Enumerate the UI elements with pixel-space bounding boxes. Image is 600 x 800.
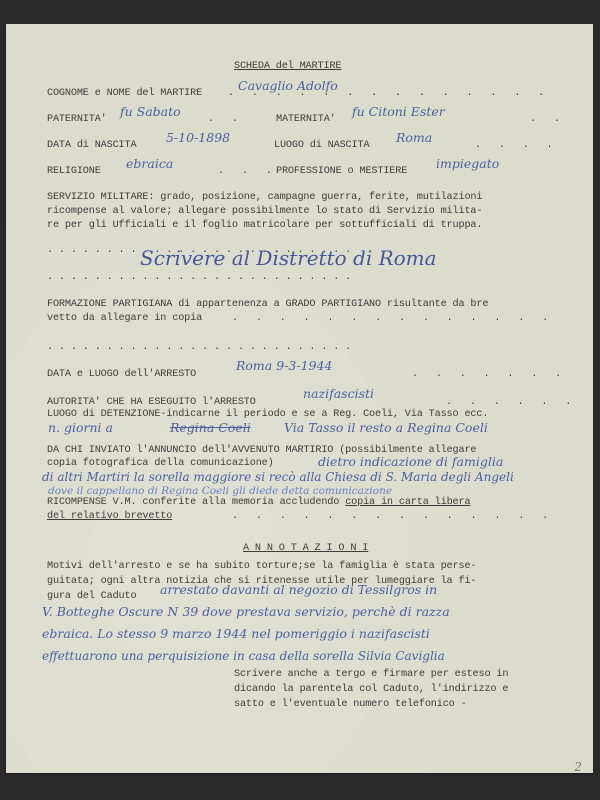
value-paternita: fu Sabato	[120, 105, 181, 119]
value-professione: impiegato	[436, 157, 499, 171]
dot-leader: . . . . . . .	[412, 369, 561, 381]
footer-instruction-1: Scrivere anche a tergo e firmare per est…	[234, 669, 508, 681]
value-luogo-detenzione: Via Tasso il resto a Regina Coeli	[284, 421, 488, 435]
value-luogo-nascita: Roma	[396, 131, 432, 145]
label-ricompense-2: del relativo brevetto	[47, 511, 172, 523]
label-annuncio-2: copia fotografica della comunicazione)	[47, 458, 274, 470]
document-title: SCHEDA del MARTIRE	[234, 61, 341, 73]
annotazioni-hand-4: effettuarono una perquisizione in casa d…	[42, 649, 445, 663]
dot-leader: . . . . . . . . . . . . . . . . . . . . …	[47, 272, 351, 284]
label-data-nascita: DATA di NASCITA	[47, 140, 136, 152]
label-religione: RELIGIONE	[47, 166, 101, 178]
dot-leader: . . . . . . . . . . . . . .	[232, 511, 548, 523]
label-ricompense: RICOMPENSE V.M. conferite alla memoria a…	[47, 497, 470, 509]
label-formazione-1: FORMAZIONE PARTIGIANA di appartenenza a …	[47, 299, 488, 311]
label-data-luogo-arresto: DATA e LUOGO dell'ARRESTO	[47, 369, 196, 381]
dot-leader: . . . . . .	[446, 397, 571, 409]
label-autorita-arresto: AUTORITA' CHE HA ESEGUITO l'ARRESTO	[47, 397, 256, 409]
label-formazione-2: vetto da allegare in copia	[47, 313, 202, 325]
annotazioni-hand-3: ebraica. Lo stesso 9 marzo 1944 nel pome…	[42, 627, 430, 641]
label-luogo-nascita: LUOGO di NASCITA	[274, 140, 369, 152]
value-religione: ebraica	[126, 157, 173, 171]
value-annuncio-1: dietro indicazione di famiglia	[318, 455, 503, 469]
ricompense-text: RICOMPENSE V.M. conferite alla memoria a…	[47, 497, 339, 508]
ricompense-underlined-1: copia in carta libera	[345, 497, 470, 508]
annotazioni-heading: A N N O T A Z I O N I	[243, 543, 368, 555]
dot-leader: . . . .	[475, 140, 553, 152]
value-autorita-arresto: nazifascisti	[303, 387, 374, 401]
label-servizio-militare-3: re per gli Ufficiali e il foglio matrico…	[47, 220, 482, 232]
label-professione: PROFESSIONE o MESTIERE	[276, 166, 407, 178]
footer-instruction-3: satto e l'eventuale numero telefonico -	[234, 699, 467, 711]
dot-leader: . .	[530, 114, 560, 126]
page-number: 2	[574, 760, 582, 774]
annotazioni-prompt-1: Motivi dell'arresto e se ha subito tortu…	[47, 561, 476, 573]
dot-leader: . . . . . . . . . . . . . . . . . . . . …	[47, 342, 351, 354]
value-data-nascita: 5-10-1898	[166, 131, 230, 145]
dot-leader: . . . . . . . . . . . . . .	[232, 313, 548, 325]
label-paternita: PATERNITA'	[47, 114, 107, 126]
label-servizio-militare-2: ricompense al valore; allegare possibilm…	[47, 206, 482, 218]
value-data-luogo-arresto: Roma 9-3-1944	[236, 359, 332, 373]
value-detenzione-struck: Regina Coeli	[170, 421, 251, 435]
label-maternita: MATERNITA'	[276, 114, 336, 126]
dot-leader: . . .	[218, 166, 272, 178]
value-detenzione-prefix: n. giorni a	[48, 421, 113, 435]
value-annuncio-2: di altri Martiri la sorella maggiore si …	[42, 470, 514, 484]
annotazioni-hand-2: V. Botteghe Oscure N 39 dove prestava se…	[42, 605, 450, 619]
footer-instruction-2: dicando la parentela col Caduto, l'indir…	[234, 684, 508, 696]
value-servizio-militare: Scrivere al Distretto di Roma	[140, 246, 437, 270]
value-annuncio-3: dove il cappellano di Regina Coeli gli d…	[48, 485, 392, 497]
annotazioni-hand-1: arrestato davanti al negozio di Tessilgr…	[160, 583, 437, 597]
label-servizio-militare-1: SERVIZIO MILITARE: grado, posizione, cam…	[47, 192, 482, 204]
dot-leader: . .	[208, 114, 238, 126]
value-maternita: fu Citoni Ester	[352, 105, 445, 119]
label-cognome-nome: COGNOME e NOME del MARTIRE	[47, 88, 202, 100]
value-cognome-nome: Cavaglio Adolfo	[238, 79, 338, 93]
annotazioni-prompt-3: gura del Caduto	[47, 591, 136, 603]
